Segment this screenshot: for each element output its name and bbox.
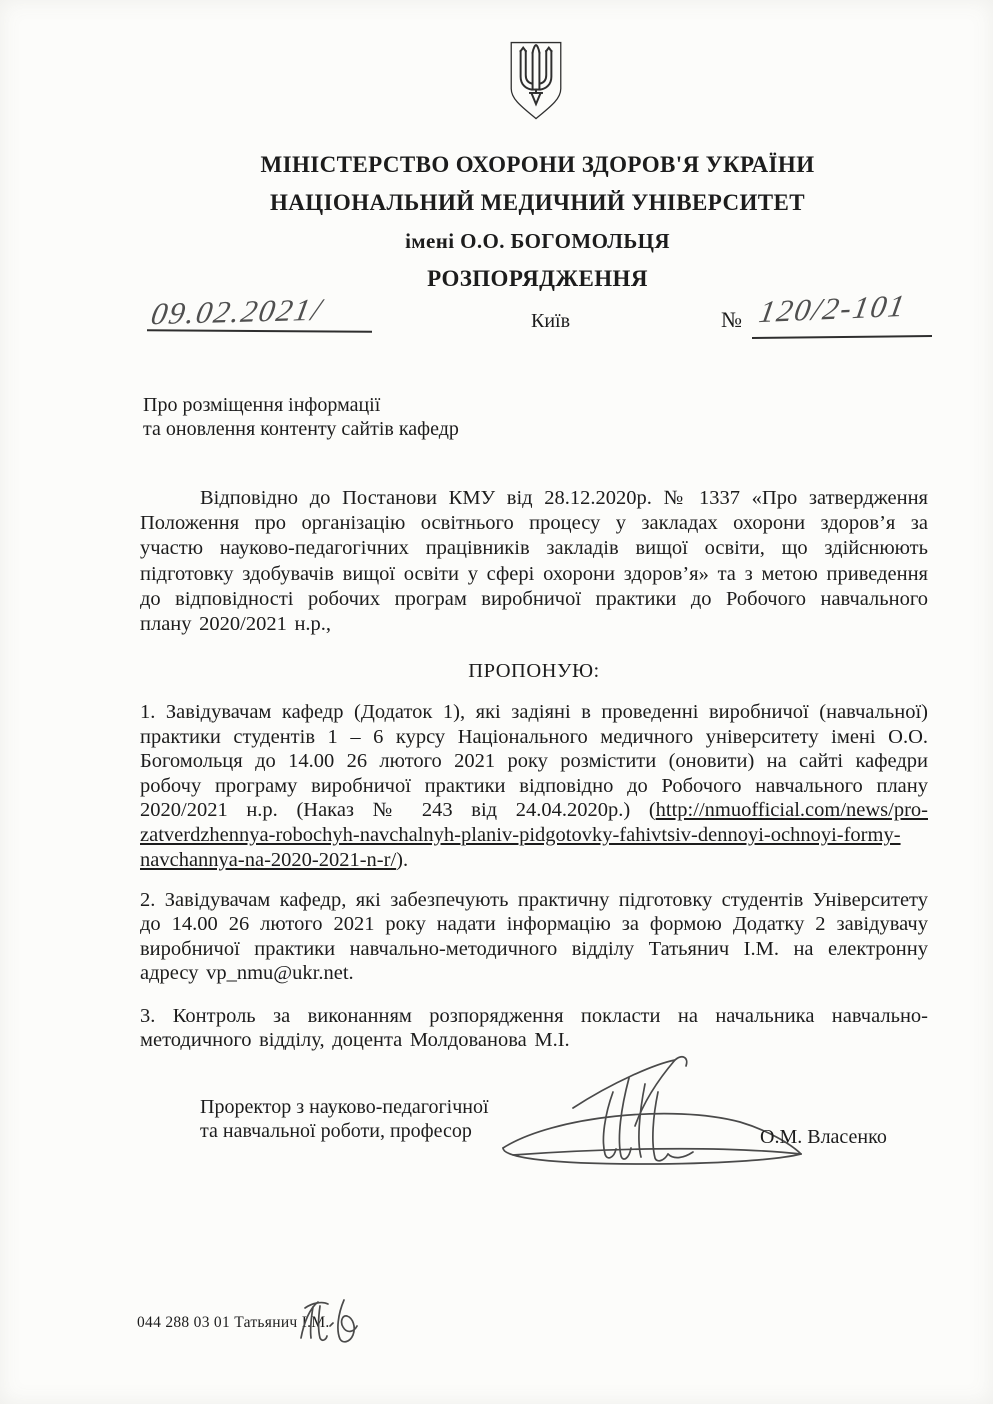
handwritten-date: 09.02.2021/ <box>148 292 326 332</box>
intro-paragraph: Відповідно до Постанови КМУ від 28.12.20… <box>140 486 928 637</box>
handwritten-document-number: 120/2-101 <box>756 288 909 330</box>
university-name: НАЦІОНАЛЬНИЙ МЕДИЧНИЙ УНІВЕРСИТЕТ <box>85 184 990 222</box>
date-underline <box>147 329 372 333</box>
signer-name: О.М. Власенко <box>760 1126 887 1149</box>
scanned-document-page: МІНІСТЕРСТВО ОХОРОНИ ЗДОРОВ'Я УКРАЇНИ НА… <box>0 0 993 1404</box>
number-underline <box>752 335 932 339</box>
signer-position-line-1: Проректор з науково-педагогічної <box>200 1096 489 1120</box>
signature-scribble <box>495 1054 807 1171</box>
order-item-1-suffix: ). <box>396 849 408 871</box>
ukraine-trident-icon <box>503 40 569 122</box>
signer-position: Проректор з науково-педагогічної та навч… <box>200 1096 489 1143</box>
subject-line-2: та оновлення контенту сайтів кафедр <box>143 418 459 442</box>
number-sign: № <box>721 307 742 333</box>
letterhead: МІНІСТЕРСТВО ОХОРОНИ ЗДОРОВ'Я УКРАЇНИ НА… <box>85 146 990 298</box>
executor-initials-scribble <box>296 1294 358 1353</box>
subject-block: Про розміщення інформації та оновлення к… <box>143 394 459 441</box>
order-item-1: 1. Завідувачам кафедр (Додаток 1), які з… <box>140 700 928 872</box>
order-item-2: 2. Завідувачам кафедр, які забезпечують … <box>140 888 928 985</box>
city-label: Київ <box>531 310 570 333</box>
propose-heading: ПРОПОНУЮ: <box>140 660 928 683</box>
subject-line-1: Про розміщення інформації <box>143 394 459 418</box>
coat-of-arms-emblem <box>503 40 569 127</box>
order-item-3: 3. Контроль за виконанням розпорядження … <box>140 1004 928 1053</box>
signer-position-line-2: та навчальної роботи, професор <box>200 1120 489 1144</box>
university-named-after: імені О.О. БОГОМОЛЬЦЯ <box>85 222 990 260</box>
ministry-name: МІНІСТЕРСТВО ОХОРОНИ ЗДОРОВ'Я УКРАЇНИ <box>85 146 990 184</box>
